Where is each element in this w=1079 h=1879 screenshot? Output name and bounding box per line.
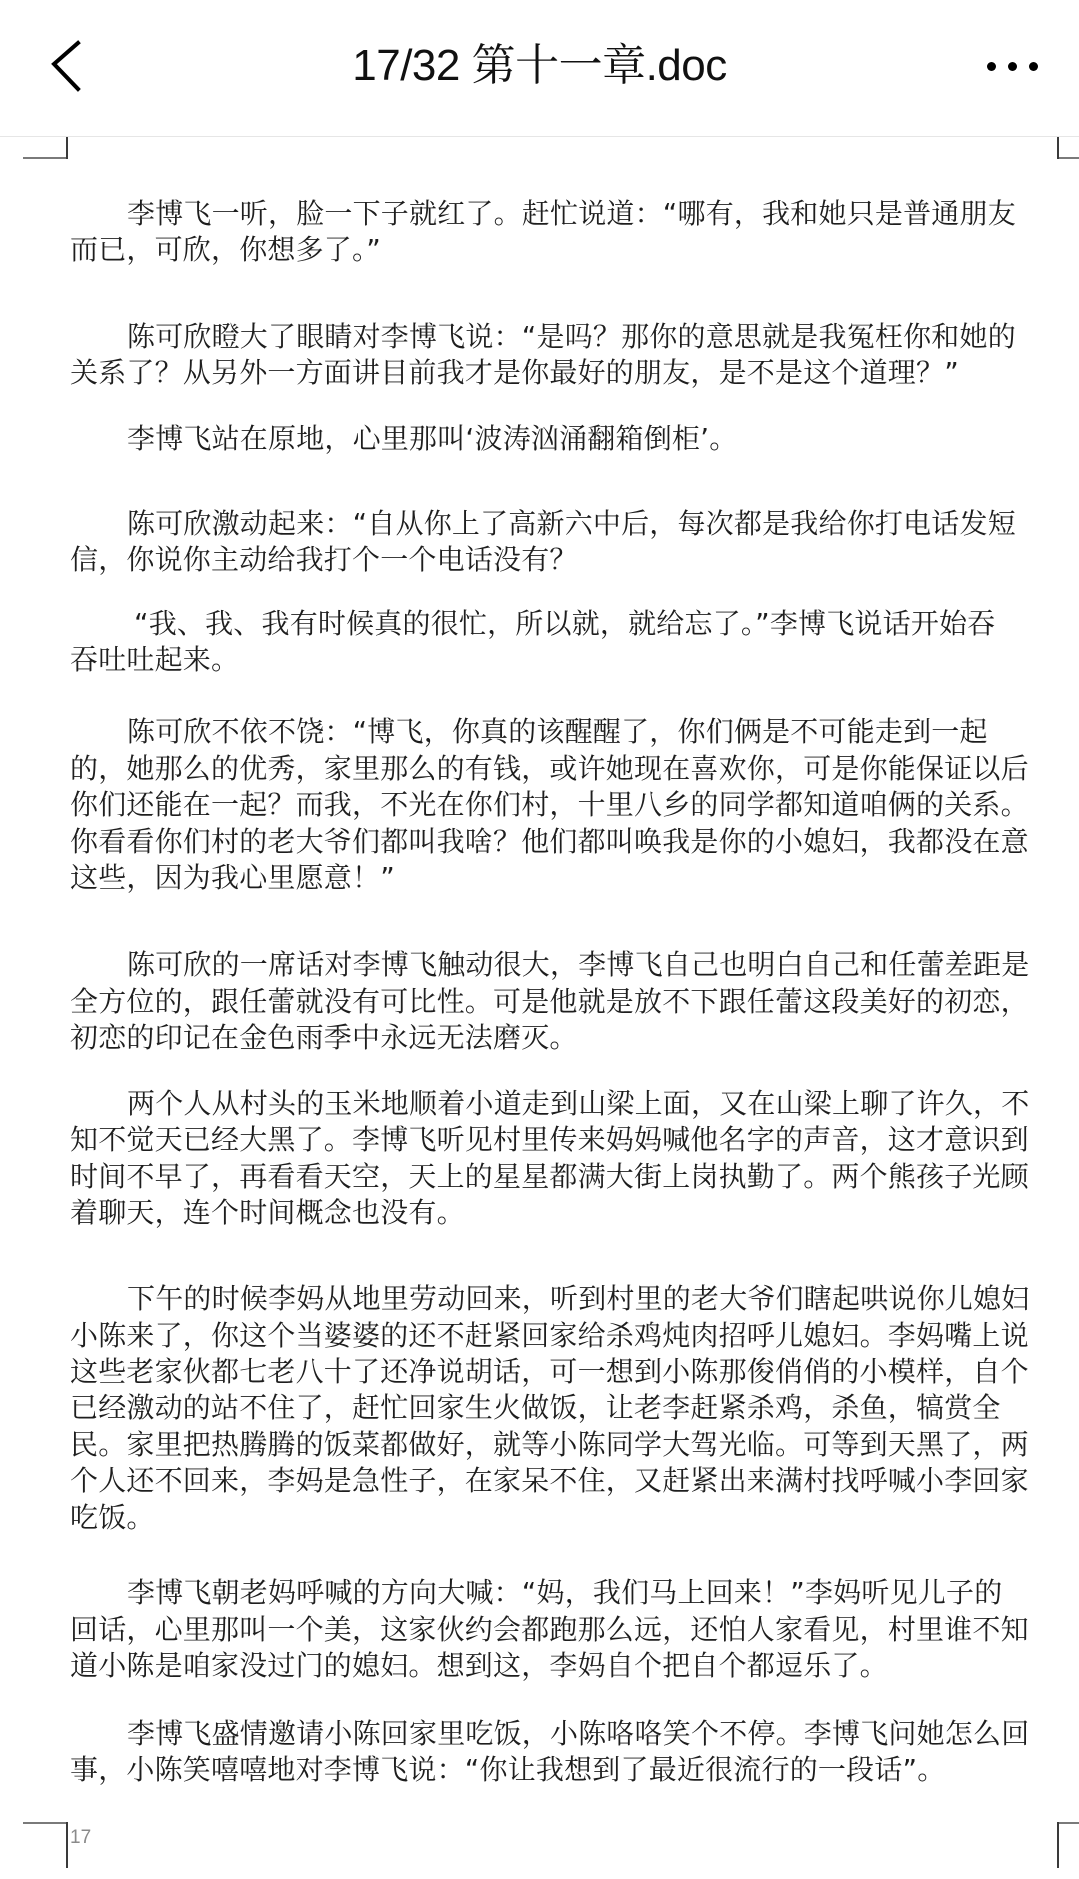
more-options-button[interactable] — [976, 44, 1048, 88]
text-line: 李博飞朝老妈呼喊的方向大喊：“妈，我们马上回来！”李妈听见儿子的 — [127, 1574, 1002, 1611]
text-line: 你看看你们村的老大爷们都叫我啥？他们都叫唤我是你的小媳妇，我都没在意 — [70, 823, 1029, 860]
text-line: 下午的时候李妈从地里劳动回来，听到村里的老大爷们瞎起哄说你儿媳妇 — [127, 1280, 1029, 1317]
text-line: 而已，可欣，你想多了。” — [70, 231, 381, 268]
text-line: 初恋的印记在金色雨季中永远无法磨灭。 — [70, 1019, 578, 1056]
text-line: 事，小陈笑嘻嘻地对李博飞说：“你让我想到了最近很流行的一段话”。 — [70, 1751, 945, 1788]
text-line: 已经激动的站不住了，赶忙回家生火做饭，让老李赶紧杀鸡，杀鱼，犒赏全 — [70, 1389, 1001, 1426]
text-line: 李博飞一听，脸一下子就红了。赶忙说道：“哪有，我和她只是普通朋友 — [127, 195, 1016, 232]
text-line: 两个人从村头的玉米地顺着小道走到山梁上面，又在山梁上聊了许久，不 — [127, 1085, 1029, 1122]
text-line: 吞吐吐起来。 — [70, 641, 239, 678]
text-line: 吃饭。 — [70, 1499, 155, 1536]
text-line: 陈可欣激动起来：“自从你上了高新六中后，每次都是我给你打电话发短 — [127, 505, 1016, 542]
text-line: 时间不早了，再看看天空，天上的星星都满大街上岗执勤了。两个熊孩子光顾 — [70, 1158, 1029, 1195]
text-line: 着聊天，连个时间概念也没有。 — [70, 1194, 465, 1231]
text-line: 道小陈是咱家没过门的媳妇。想到这，李妈自个把自个都逗乐了。 — [70, 1647, 888, 1684]
text-line: 陈可欣的一席话对李博飞触动很大，李博飞自己也明白自己和任蕾差距是 — [127, 946, 1029, 983]
text-line: 这些，因为我心里愿意！” — [70, 859, 395, 896]
text-line: 个人还不回来，李妈是急性子，在家呆不住，又赶紧出来满村找呼喊小李回家 — [70, 1462, 1029, 1499]
text-line: 小陈来了，你这个当婆婆的还不赶紧回家给杀鸡炖肉招呼儿媳妇。李妈嘴上说 — [70, 1317, 1029, 1354]
document-page[interactable]: 李博飞一听，脸一下子就红了。赶忙说道：“哪有，我和她只是普通朋友 而已，可欣，你… — [0, 137, 1079, 1879]
text-line: 你们还能在一起？而我，不光在你们村，十里八乡的同学都知道咱俩的关系。 — [70, 786, 1029, 823]
text-line: 关系了？从另外一方面讲目前我才是你最好的朋友，是不是这个道理？” — [70, 354, 959, 391]
text-line: 李博飞盛情邀请小陈回家里吃饭，小陈咯咯笑个不停。李博飞问她怎么回 — [127, 1715, 1029, 1752]
text-line: 信，你说你主动给我打个一个电话没有？ — [70, 541, 578, 578]
more-horizontal-icon — [1029, 62, 1038, 71]
text-line: 李博飞站在原地，心里那叫‘波涛汹涌翻箱倒柜’。 — [127, 420, 737, 457]
text-line: 的，她那么的优秀，家里那么的有钱，或许她现在喜欢你，可是你能保证以后 — [70, 750, 1029, 787]
text-line: 知不觉天已经大黑了。李博飞听见村里传来妈妈喊他名字的声音，这才意识到 — [70, 1121, 1029, 1158]
text-line: 回话，心里那叫一个美，这家伙约会都跑那么远，还怕人家看见，村里谁不知 — [70, 1611, 1029, 1648]
text-line: 全方位的，跟任蕾就没有可比性。可是他就是放不下跟任蕾这段美好的初恋， — [70, 983, 1029, 1020]
document-title: 17/32 第十一章.doc — [0, 38, 1079, 94]
page-number: 17 — [70, 1827, 91, 1849]
text-line: 陈可欣不依不饶：“博飞，你真的该醒醒了，你们俩是不可能走到一起 — [127, 713, 988, 750]
text-line: 陈可欣瞪大了眼睛对李博飞说：“是吗？那你的意思就是我冤枉你和她的 — [127, 318, 1016, 355]
text-line: 这些老家伙都七老八十了还净说胡话，可一想到小陈那俊俏俏的小模样，自个 — [70, 1353, 1029, 1390]
more-horizontal-icon — [1008, 62, 1017, 71]
more-horizontal-icon — [987, 62, 996, 71]
text-line: 民。家里把热腾腾的饭菜都做好，就等小陈同学大驾光临。可等到天黑了，两 — [70, 1426, 1029, 1463]
text-line: “我、我、我有时候真的很忙，所以就，就给忘了。”李博飞说话开始吞 — [134, 605, 995, 642]
top-bar: 17/32 第十一章.doc — [0, 0, 1079, 137]
